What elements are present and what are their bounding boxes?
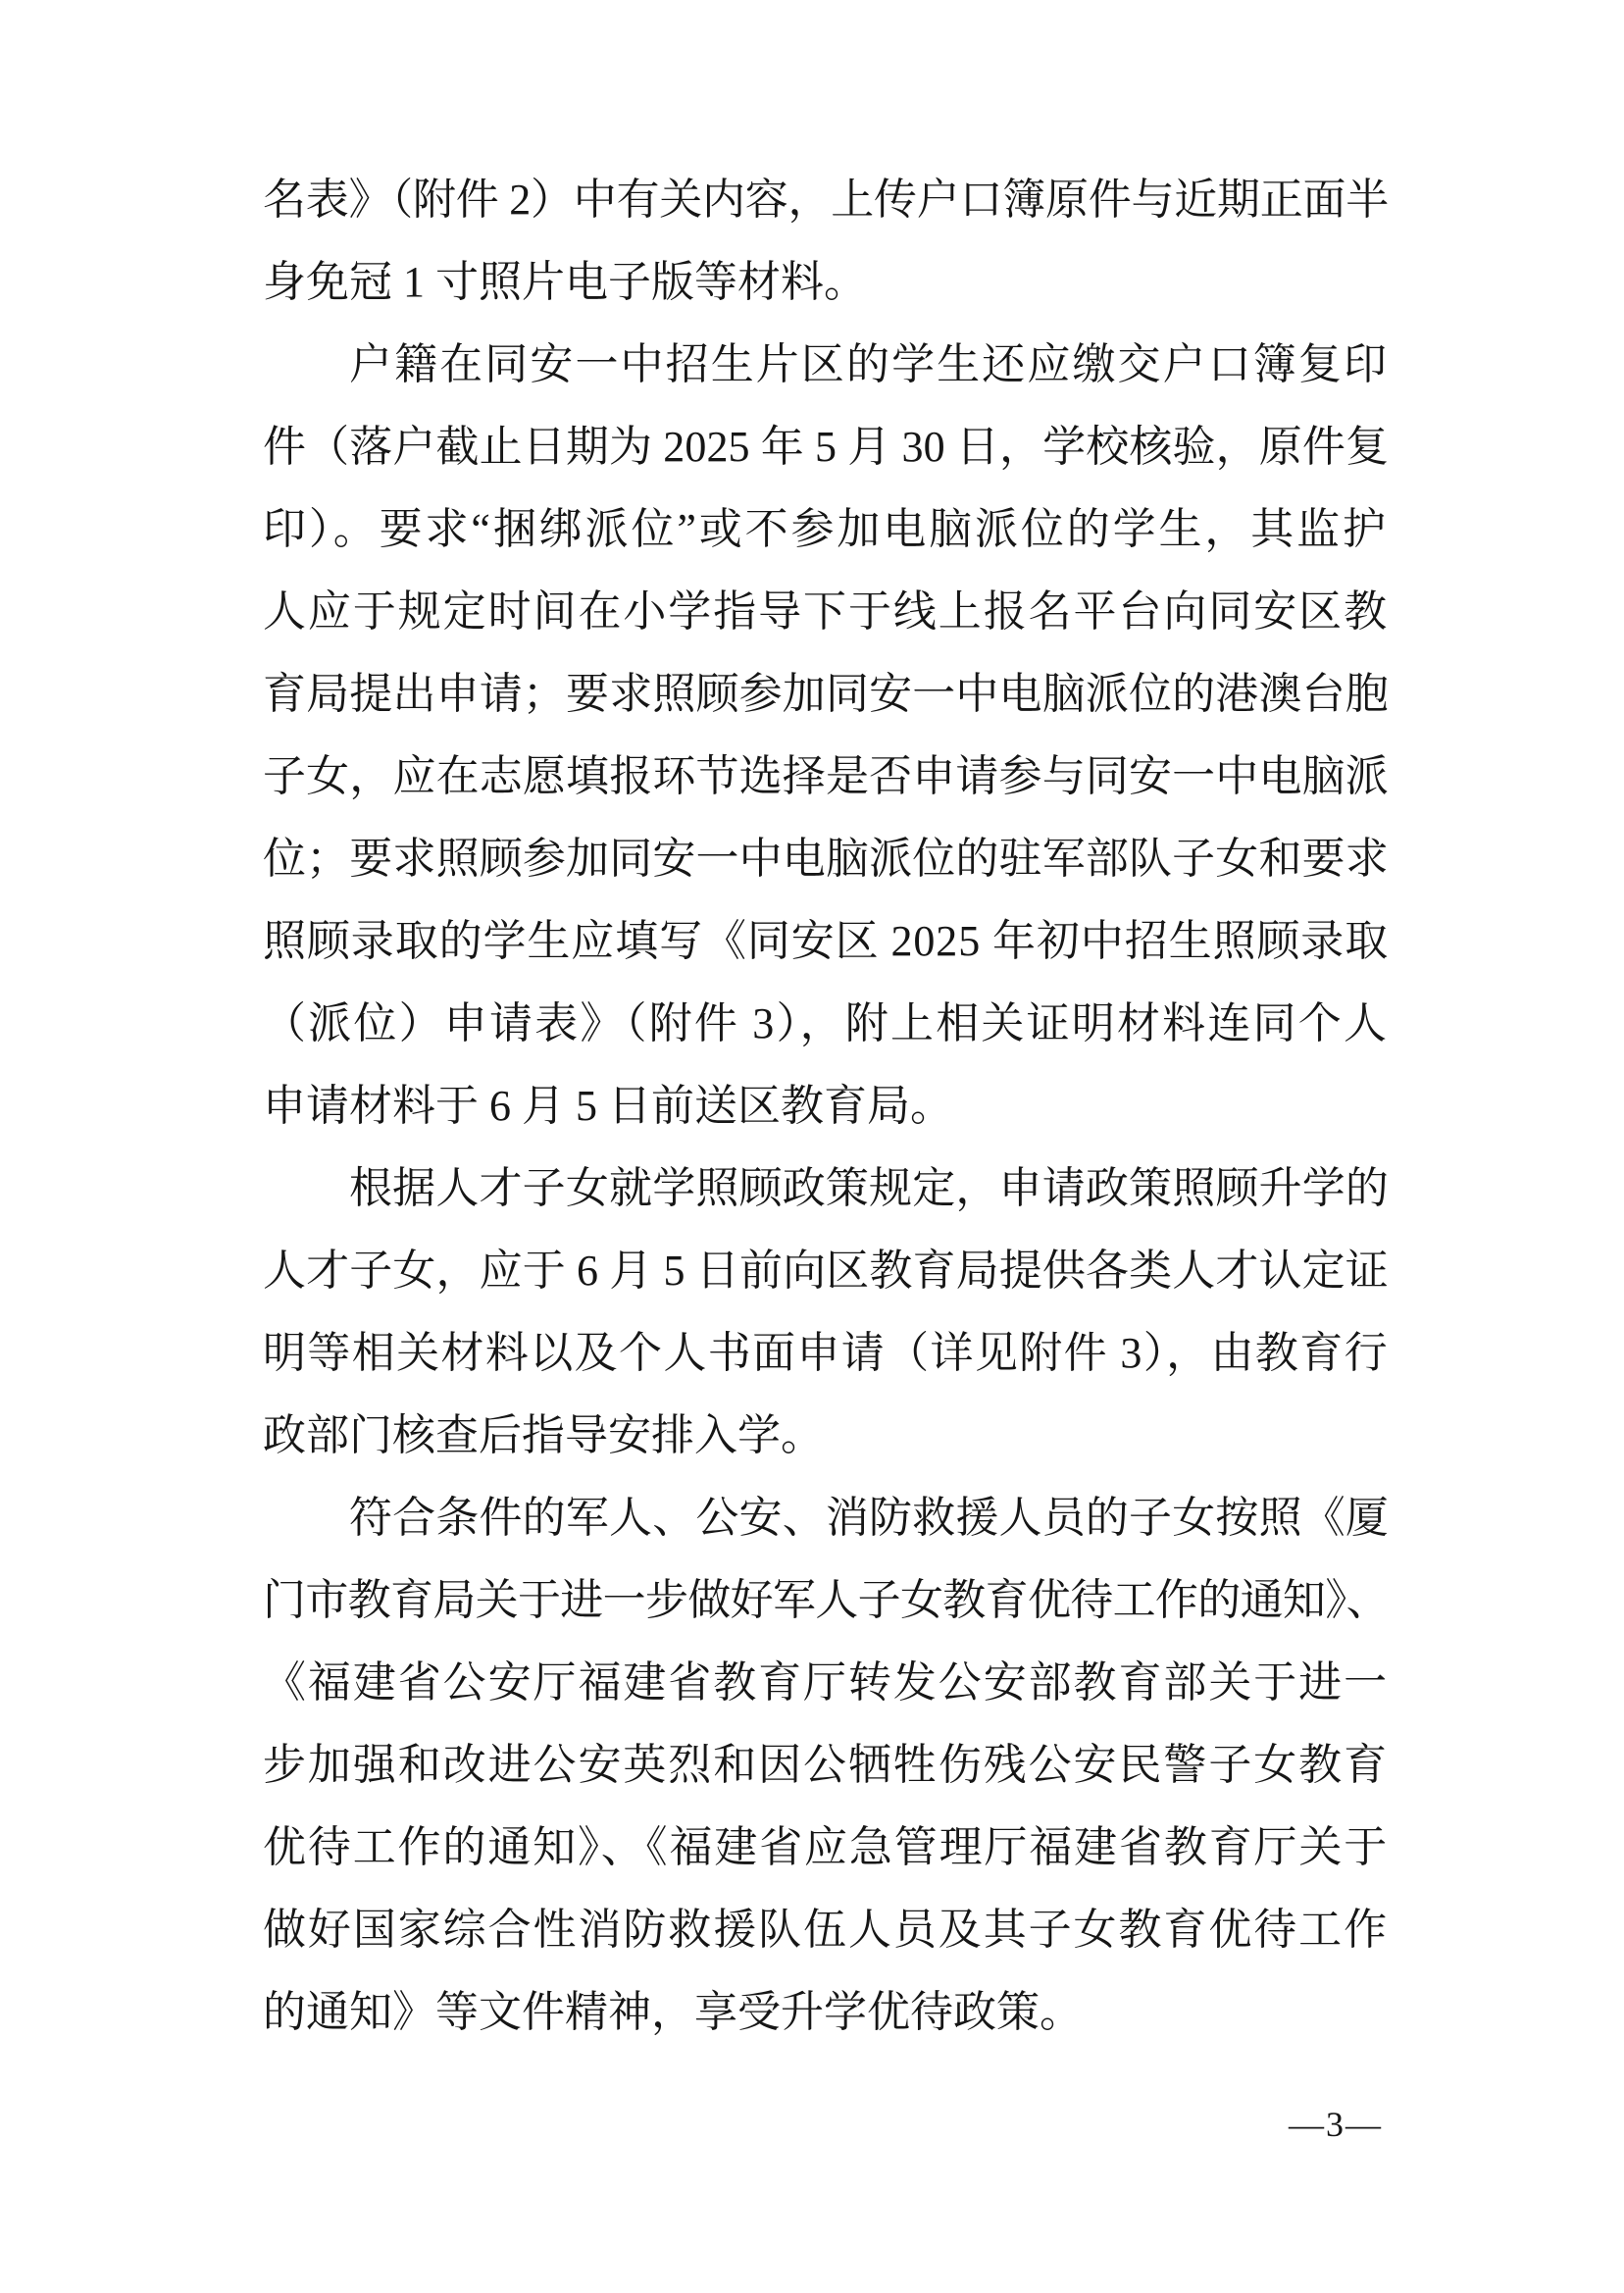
text-line-content: 步加强和改进公安英烈和因公牺牲伤残公安民警子女教育	[263, 1741, 1389, 1789]
text-line: 申请材料于 6 月 5 日前送区教育局。	[263, 1065, 1389, 1147]
text-line: 名表》（附件 2）中有关内容，上传户口簿原件与近期正面半	[263, 159, 1389, 241]
text-line-content: 件（落户截止日期为 2025 年 5 月 30 日，学校核验，原件复	[263, 423, 1389, 471]
text-line: 育局提出申请；要求照顾参加同安一中电脑派位的港澳台胞	[263, 653, 1389, 736]
text-line: 根据人才子女就学照顾政策规定，申请政策照顾升学的	[263, 1147, 1389, 1230]
text-line-content: 门市教育局关于进一步做好军人子女教育优待工作的通知》、	[263, 1576, 1389, 1624]
text-line: 人应于规定时间在小学指导下于线上报名平台向同安区教	[263, 571, 1389, 653]
document-page: 名表》（附件 2）中有关内容，上传户口簿原件与近期正面半身免冠 1 寸照片电子版…	[0, 0, 1624, 2293]
text-line-content: （派位）申请表》（附件 3），附上相关证明材料连同个人	[263, 999, 1389, 1047]
text-line: 印）。要求“捆绑派位”或不参加电脑派位的学生，其监护	[263, 488, 1389, 571]
text-line-content: 的通知》等文件精神，享受升学优待政策。	[263, 1988, 1083, 2036]
document-body: 名表》（附件 2）中有关内容，上传户口簿原件与近期正面半身免冠 1 寸照片电子版…	[263, 159, 1389, 2054]
text-line: 《福建省公安厅福建省教育厅转发公安部教育部关于进一	[263, 1642, 1389, 1724]
text-line: （派位）申请表》（附件 3），附上相关证明材料连同个人	[263, 983, 1389, 1065]
text-line-content: 人应于规定时间在小学指导下于线上报名平台向同安区教	[263, 587, 1389, 636]
text-line: 照顾录取的学生应填写《同安区 2025 年初中招生照顾录取	[263, 900, 1389, 983]
text-line-content: 身免冠 1 寸照片电子版等材料。	[263, 258, 867, 306]
text-line: 人才子女，应于 6 月 5 日前向区教育局提供各类人才认定证	[263, 1230, 1389, 1312]
text-line-content: 照顾录取的学生应填写《同安区 2025 年初中招生照顾录取	[263, 917, 1389, 965]
text-line: 件（落户截止日期为 2025 年 5 月 30 日，学校核验，原件复	[263, 406, 1389, 488]
page-number: —3—	[1289, 2105, 1383, 2144]
text-line-content: 育局提出申请；要求照顾参加同安一中电脑派位的港澳台胞	[263, 670, 1389, 718]
text-line-content: 户籍在同安一中招生片区的学生还应缴交户口簿复印	[349, 340, 1389, 388]
text-line: 的通知》等文件精神，享受升学优待政策。	[263, 1971, 1389, 2054]
text-line-content: 根据人才子女就学照顾政策规定，申请政策照顾升学的	[349, 1164, 1389, 1212]
text-line: 符合条件的军人、公安、消防救援人员的子女按照《厦	[263, 1477, 1389, 1559]
text-line-content: 《福建省公安厅福建省教育厅转发公安部教育部关于进一	[263, 1658, 1389, 1707]
text-line-content: 政部门核查后指导安排入学。	[263, 1411, 824, 1459]
text-line: 身免冠 1 寸照片电子版等材料。	[263, 241, 1389, 324]
text-line: 户籍在同安一中招生片区的学生还应缴交户口簿复印	[263, 324, 1389, 406]
text-line-content: 印）。要求“捆绑派位”或不参加电脑派位的学生，其监护	[263, 505, 1389, 553]
text-line-content: 申请材料于 6 月 5 日前送区教育局。	[263, 1082, 953, 1130]
text-line: 明等相关材料以及个人书面申请（详见附件 3），由教育行	[263, 1312, 1389, 1395]
text-line-content: 名表》（附件 2）中有关内容，上传户口簿原件与近期正面半	[263, 176, 1389, 224]
text-line: 政部门核查后指导安排入学。	[263, 1395, 1389, 1477]
text-line: 位；要求照顾参加同安一中电脑派位的驻军部队子女和要求	[263, 818, 1389, 900]
text-line: 做好国家综合性消防救援队伍人员及其子女教育优待工作	[263, 1889, 1389, 1971]
text-line-content: 位；要求照顾参加同安一中电脑派位的驻军部队子女和要求	[263, 835, 1389, 883]
text-line-content: 做好国家综合性消防救援队伍人员及其子女教育优待工作	[263, 1906, 1389, 1954]
text-line: 子女，应在志愿填报环节选择是否申请参与同安一中电脑派	[263, 736, 1389, 818]
text-line-content: 优待工作的通知》、《福建省应急管理厅福建省教育厅关于	[263, 1823, 1389, 1871]
text-line-content: 明等相关材料以及个人书面申请（详见附件 3），由教育行	[263, 1329, 1389, 1377]
text-line: 步加强和改进公安英烈和因公牺牲伤残公安民警子女教育	[263, 1724, 1389, 1807]
text-line-content: 人才子女，应于 6 月 5 日前向区教育局提供各类人才认定证	[263, 1247, 1389, 1295]
text-line-content: 符合条件的军人、公安、消防救援人员的子女按照《厦	[349, 1494, 1389, 1542]
text-line: 优待工作的通知》、《福建省应急管理厅福建省教育厅关于	[263, 1807, 1389, 1889]
text-line-content: 子女，应在志愿填报环节选择是否申请参与同安一中电脑派	[263, 752, 1389, 800]
text-line: 门市教育局关于进一步做好军人子女教育优待工作的通知》、	[263, 1559, 1389, 1642]
